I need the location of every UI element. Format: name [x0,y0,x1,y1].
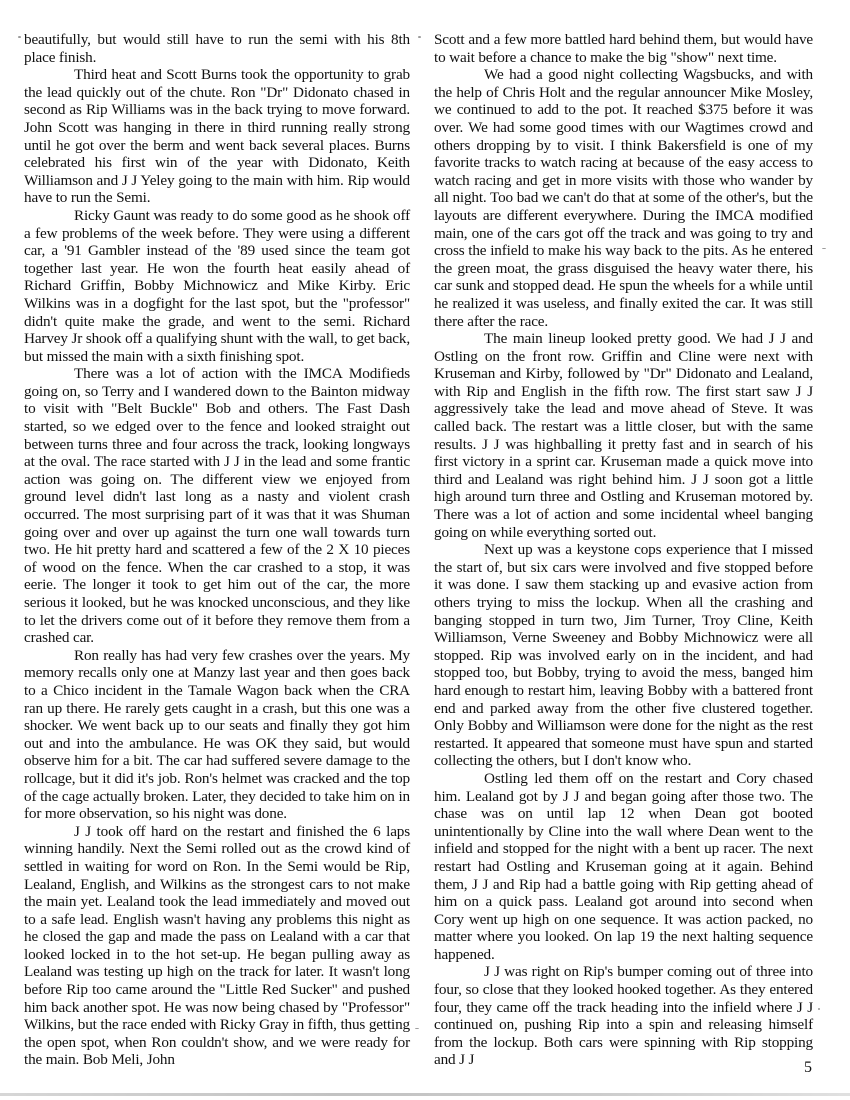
paragraph: We had a good night collecting Wagsbucks… [434,66,813,330]
right-column: Scott and a few more battled hard behind… [434,31,813,1069]
paragraph: Ricky Gaunt was ready to do some good as… [24,207,410,365]
paragraph: There was a lot of action with the IMCA … [24,365,410,647]
paragraph: Ostling led them off on the restart and … [434,770,813,964]
left-column: beautifully, but would still have to run… [24,31,410,1069]
scan-speck [818,1008,820,1010]
scan-speck [418,36,421,38]
paragraph: The main lineup looked pretty good. We h… [434,330,813,541]
paragraph: Next up was a keystone cops experience t… [434,541,813,770]
page-number: 5 [804,1059,812,1077]
paragraph: Ron really has had very few crashes over… [24,647,410,823]
paragraph: beautifully, but would still have to run… [24,31,410,66]
scan-speck [415,1028,419,1029]
paragraph: Third heat and Scott Burns took the oppo… [24,66,410,207]
paragraph: J J took off hard on the restart and fin… [24,823,410,1069]
paragraph: Scott and a few more battled hard behind… [434,31,813,66]
scan-speck [18,36,21,38]
scan-speck [822,248,826,249]
document-page: beautifully, but would still have to run… [0,0,850,1100]
paragraph: J J was right on Rip's bumper coming out… [434,963,813,1069]
scan-bottom-edge [0,1093,850,1096]
